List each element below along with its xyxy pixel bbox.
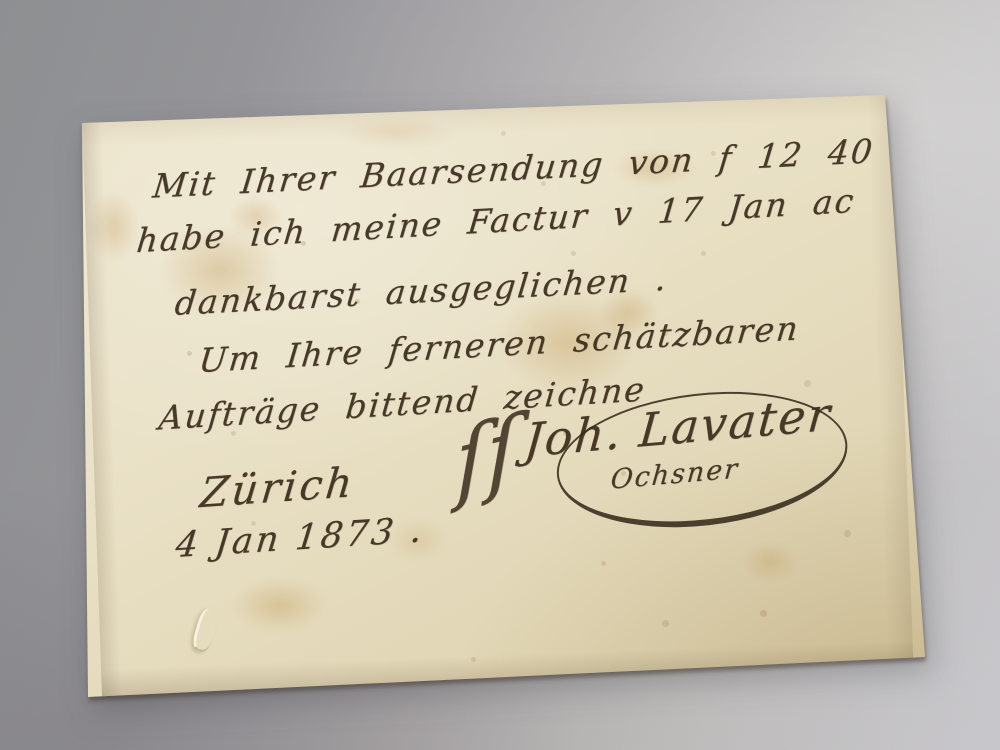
handwriting-layer: Mit Ihrer Baarsendung von f 12 40 habe i… [82, 95, 914, 699]
paper-card: Mit Ihrer Baarsendung von f 12 40 habe i… [0, 0, 1000, 750]
paper-card-shadow: Mit Ihrer Baarsendung von f 12 40 habe i… [0, 0, 1000, 750]
signature-paraph: ſſ [456, 404, 518, 508]
handwriting-line-3: dankbarst ausgeglichen . [173, 259, 670, 323]
handwriting-line-4: Um Ihre ferneren schätzbaren [197, 308, 802, 380]
paper-speckles [0, 0, 3, 3]
photo-background: Mit Ihrer Baarsendung von f 12 40 habe i… [0, 0, 1000, 750]
date-text: 4 Jan 1873 . [174, 510, 427, 566]
place-name: Zürich [198, 458, 358, 517]
